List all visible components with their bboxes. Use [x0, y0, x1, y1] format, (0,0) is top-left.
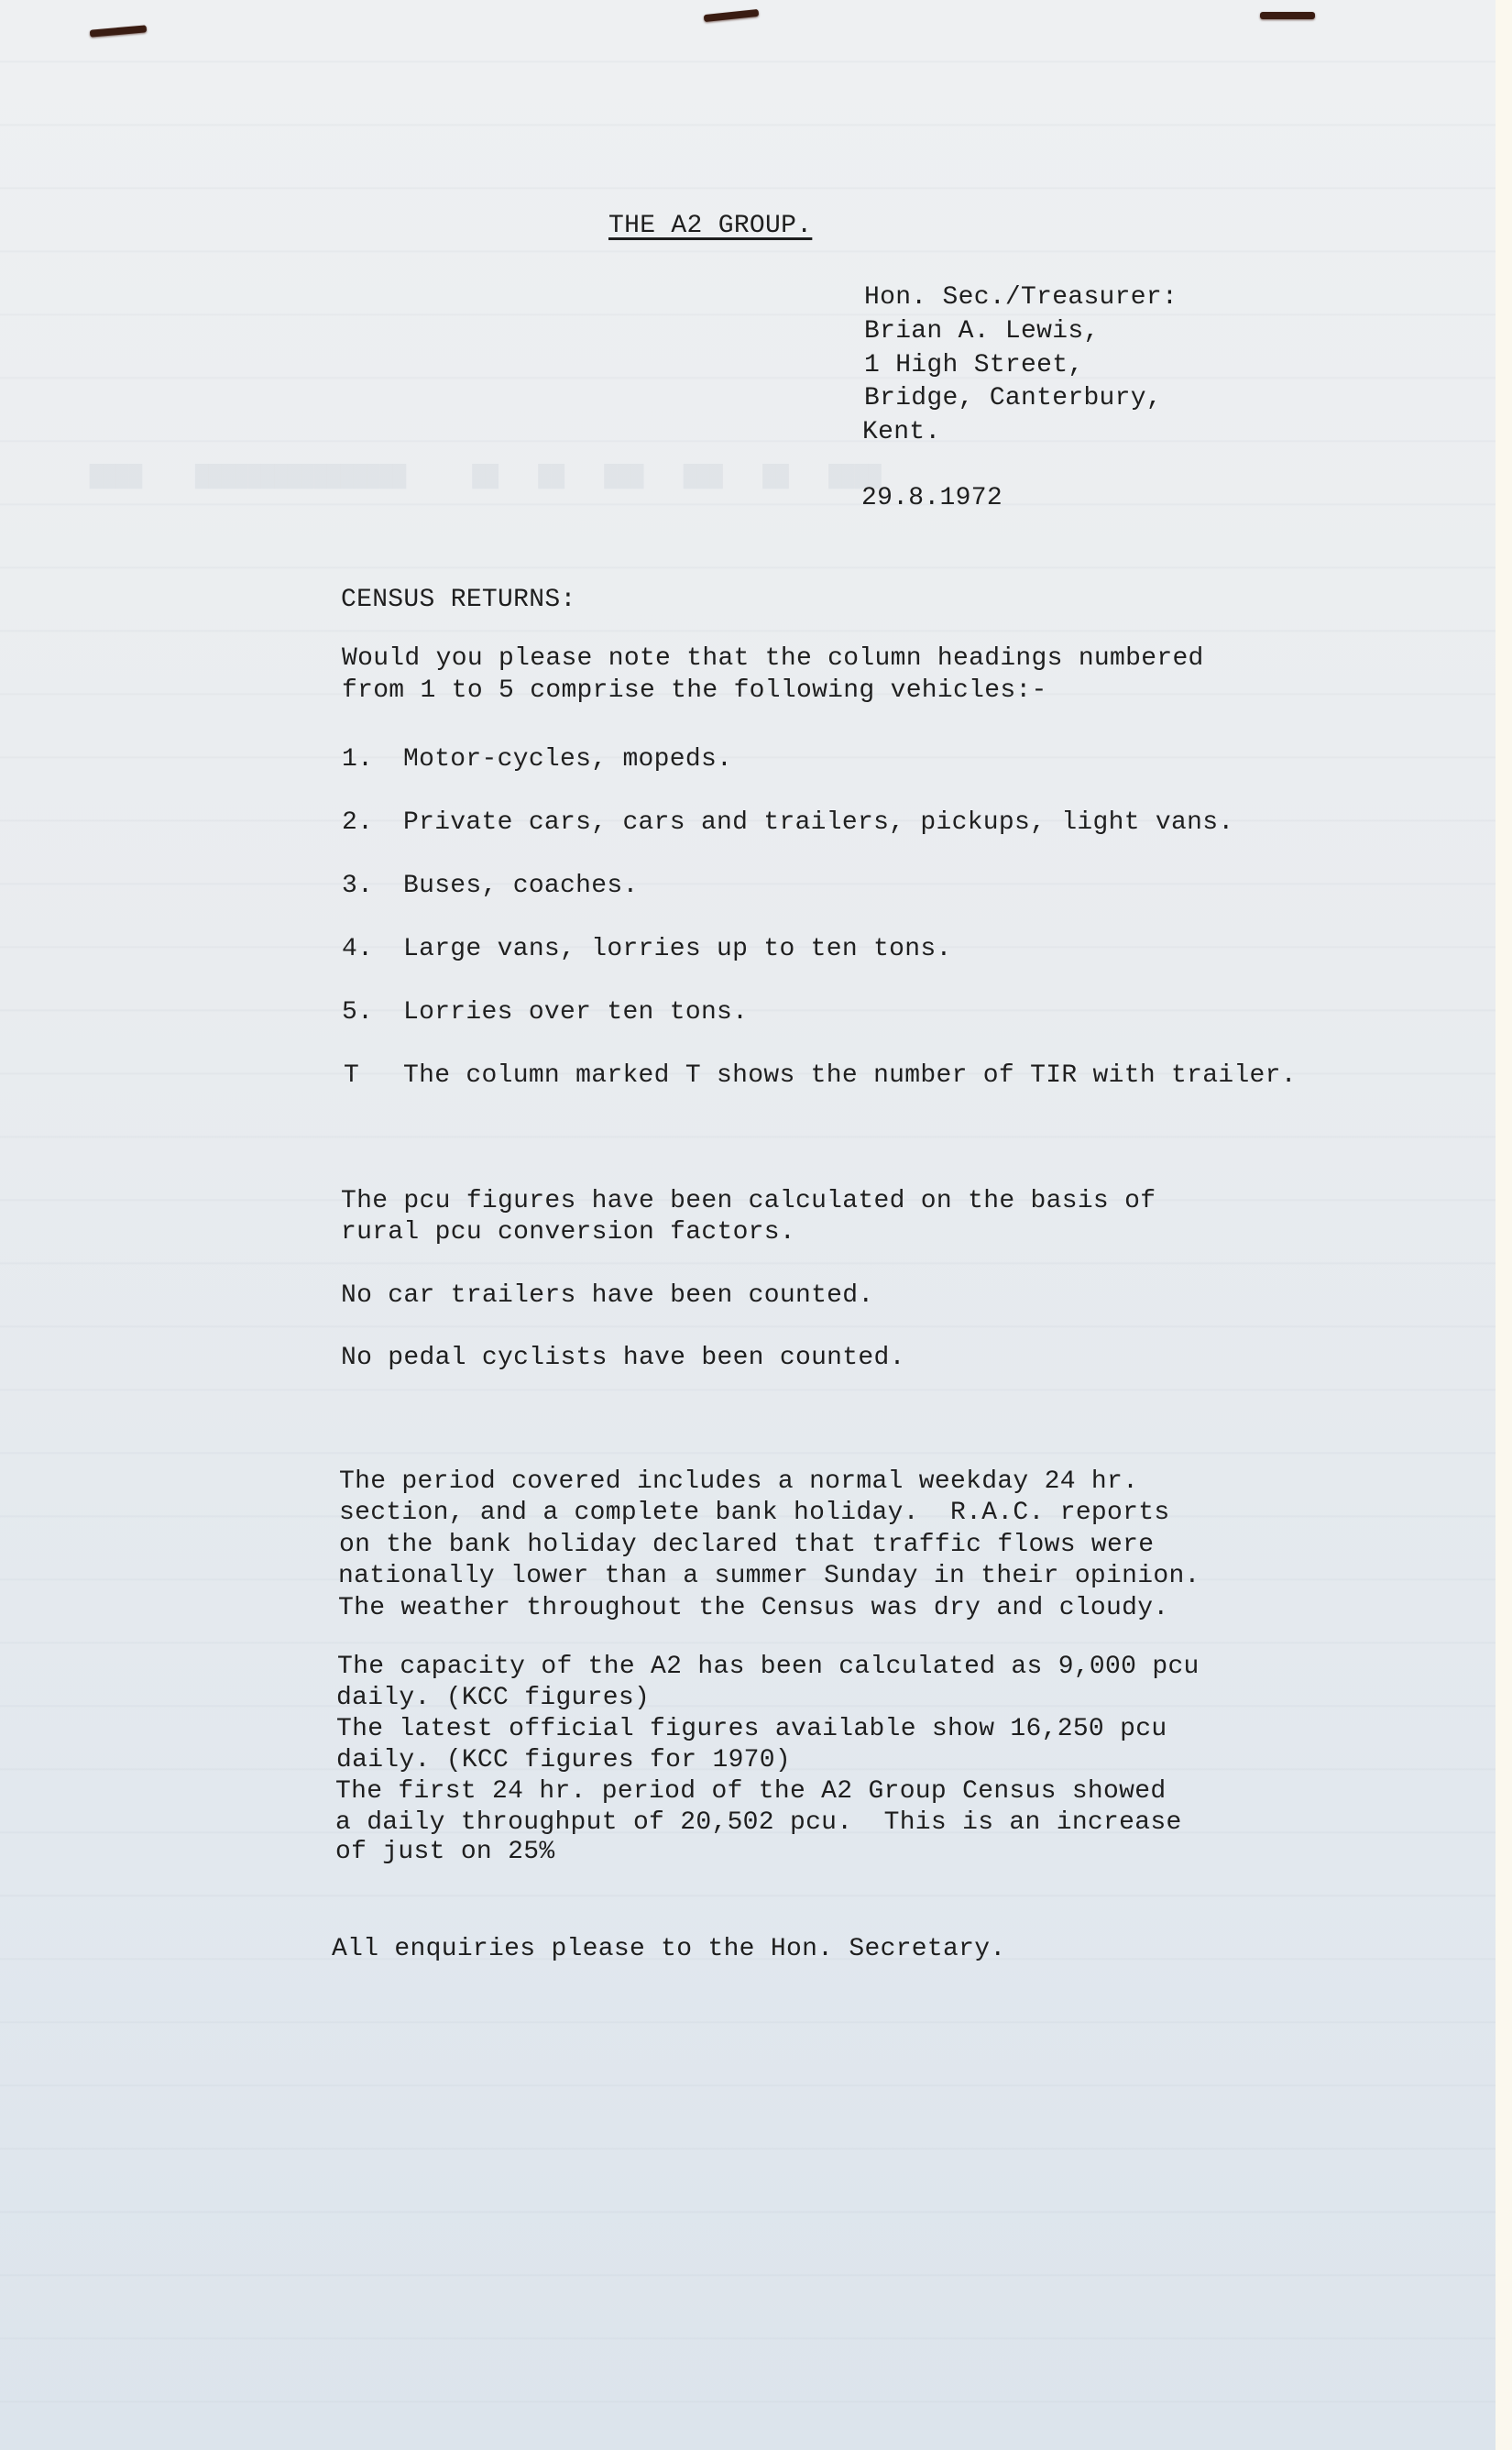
section-heading: CENSUS RETURNS: — [341, 585, 576, 616]
list-item-key: 1. — [342, 744, 373, 775]
paragraph-line: The capacity of the A2 has been calculat… — [337, 1652, 1200, 1683]
paragraph-line: nationally lower than a summer Sunday in… — [338, 1561, 1200, 1592]
list-item-key: T — [344, 1060, 359, 1092]
address-line: 1 High Street, — [864, 350, 1083, 381]
paragraph-line: The latest official figures available sh… — [336, 1714, 1167, 1745]
list-item-key: 4. — [342, 934, 373, 965]
paragraph-line: section, and a complete bank holiday. R.… — [339, 1498, 1169, 1529]
address-line: Brian A. Lewis, — [864, 316, 1100, 347]
pcu-note-line: The pcu figures have been calculated on … — [341, 1186, 1156, 1217]
paragraph-line: The first 24 hr. period of the A2 Group … — [335, 1776, 1166, 1807]
list-item-key: 3. — [342, 871, 373, 902]
list-item-key: 5. — [342, 997, 373, 1028]
address-line: Hon. Sec./Treasurer: — [864, 282, 1178, 313]
staple-mark-right — [1260, 12, 1315, 19]
paragraph-line: daily. (KCC figures for 1970) — [336, 1745, 791, 1776]
intro-line: from 1 to 5 comprise the following vehic… — [342, 676, 1047, 707]
paragraph-line: of just on 25% — [335, 1837, 554, 1868]
show-through-texture: ████ ████████████████ ██ ██ ███ ███ ██ █… — [37, 431, 882, 524]
list-item-text: The column marked T shows the number of … — [403, 1060, 1297, 1092]
intro-line: Would you please note that the column he… — [342, 643, 1204, 675]
address-line: Bridge, Canterbury, — [864, 383, 1162, 414]
car-trailers-note: No car trailers have been counted. — [341, 1280, 874, 1312]
list-item-text: Buses, coaches. — [403, 871, 639, 902]
paragraph-line: a daily throughput of 20,502 pcu. This i… — [335, 1807, 1182, 1839]
letter-date: 29.8.1972 — [861, 483, 1003, 514]
paper-sheet: ████ ████████████████ ██ ██ ███ ███ ██ █… — [0, 0, 1496, 2450]
address-line: Kent. — [862, 417, 941, 448]
paragraph-line: on the bank holiday declared that traffi… — [339, 1530, 1154, 1561]
closing-line: All enquiries please to the Hon. Secreta… — [332, 1934, 1005, 1965]
document-title: THE A2 GROUP. — [608, 211, 812, 242]
list-item-text: Motor-cycles, mopeds. — [403, 744, 732, 775]
list-item-text: Lorries over ten tons. — [403, 997, 748, 1028]
staple-mark-center — [704, 9, 760, 22]
pcu-note-line: rural pcu conversion factors. — [341, 1217, 795, 1248]
paragraph-line: The period covered includes a normal wee… — [339, 1467, 1138, 1498]
paragraph-line: The weather throughout the Census was dr… — [338, 1593, 1168, 1624]
list-item-text: Private cars, cars and trailers, pickups… — [403, 808, 1233, 839]
list-item-key: 2. — [342, 808, 373, 839]
staple-mark-left — [90, 25, 147, 37]
list-item-text: Large vans, lorries up to ten tons. — [403, 934, 952, 965]
pedal-cyclists-note: No pedal cyclists have been counted. — [341, 1343, 905, 1374]
paragraph-line: daily. (KCC figures) — [336, 1683, 650, 1714]
